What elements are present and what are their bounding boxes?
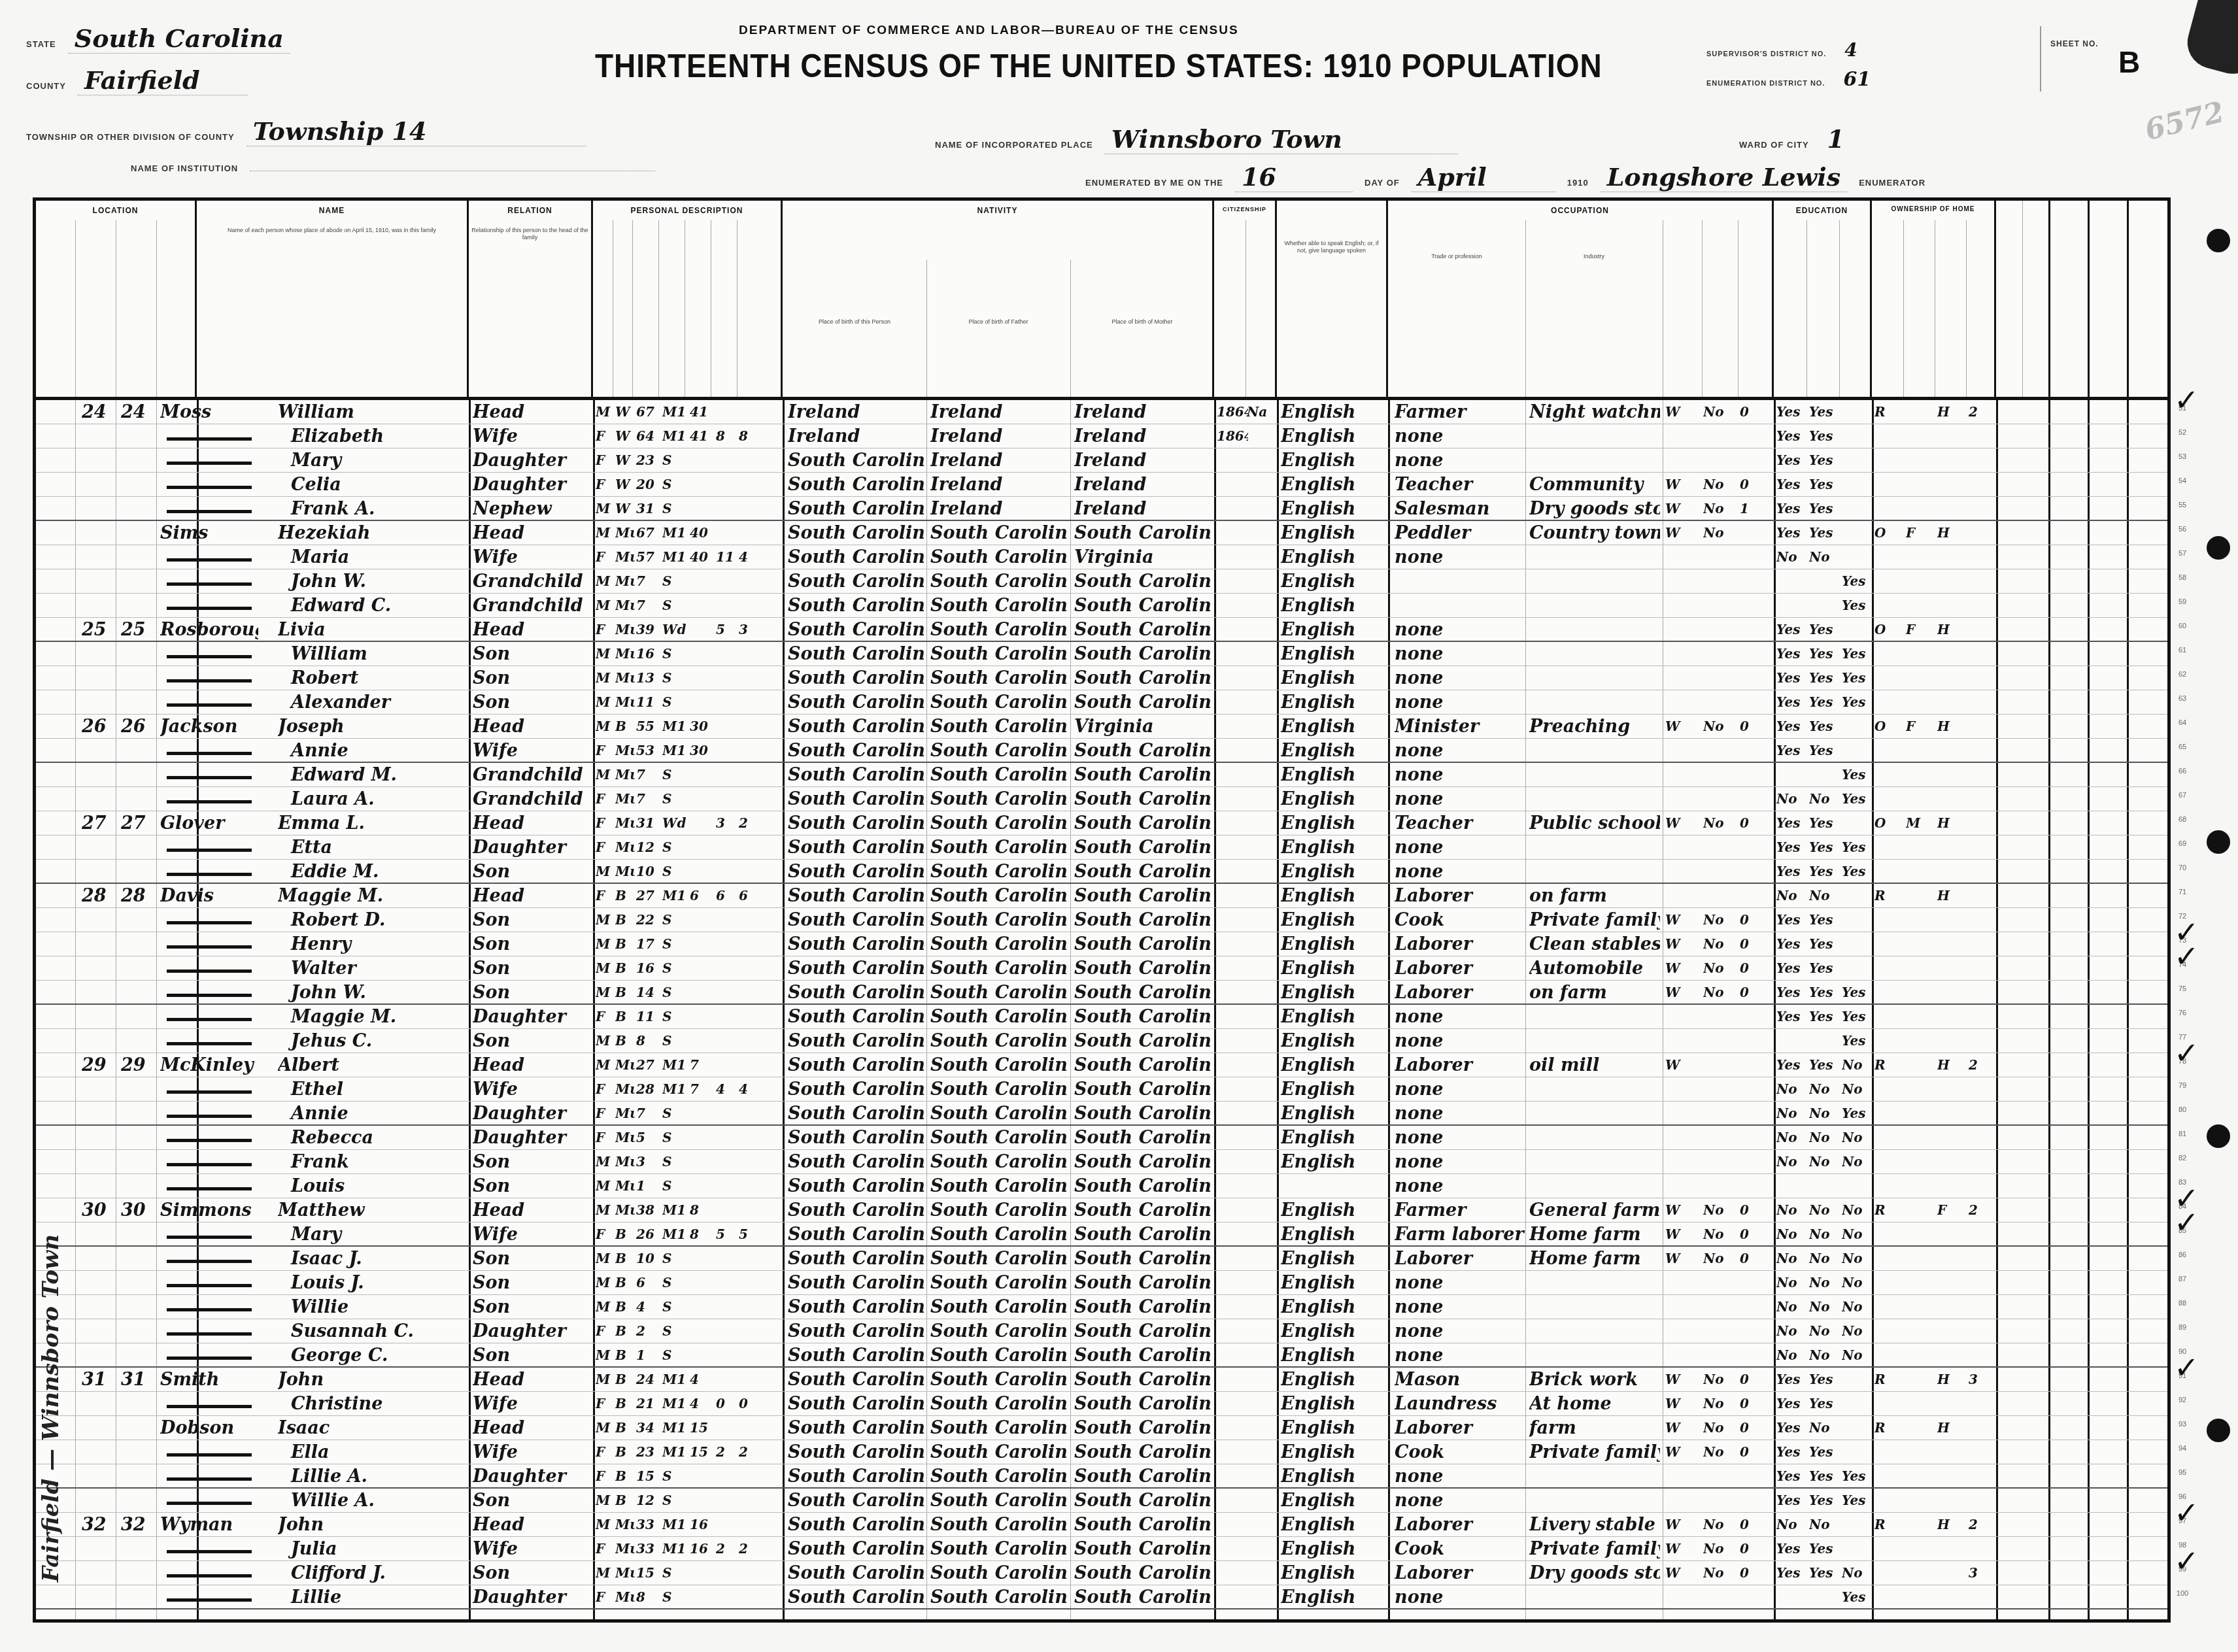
can-write-cell (1809, 1585, 1840, 1610)
weeks-unemployed-cell: 0 (1740, 908, 1772, 932)
marital-status-cell: M1 (662, 1222, 690, 1247)
can-write-cell: Yes (1809, 1464, 1840, 1489)
owned-rented-cell (1874, 1489, 1903, 1513)
given-name-cell: William (278, 400, 461, 424)
employment-class-cell (1665, 1489, 1702, 1513)
surname-cell (160, 1150, 258, 1174)
children-living-cell (739, 521, 760, 545)
children-born-cell: 5 (716, 618, 737, 642)
attended-school-cell: Yes (1842, 1029, 1871, 1053)
race-cell: Mu (615, 1537, 635, 1561)
attended-school-cell: Yes (1842, 1005, 1871, 1029)
same-surname-dash (167, 1308, 252, 1311)
department-heading: DEPARTMENT OF COMMERCE AND LABOR—BUREAU … (739, 24, 1239, 38)
weeks-unemployed-cell: 0 (1740, 811, 1772, 835)
naturalization-cell (1247, 1150, 1276, 1174)
can-read-cell: No (1776, 1319, 1808, 1343)
years-married-cell: 8 (690, 1198, 716, 1222)
mother-birthplace-cell: Ireland (1074, 424, 1212, 448)
naturalization-cell (1247, 1005, 1276, 1029)
children-born-cell (716, 1343, 737, 1368)
industry-cell (1529, 1271, 1660, 1295)
farm-house-cell (1937, 569, 1966, 594)
employment-class-cell (1665, 884, 1702, 908)
age-cell: 15 (636, 1464, 662, 1489)
children-born-cell (716, 1150, 737, 1174)
family-number-cell (121, 569, 154, 594)
attended-school-cell (1842, 448, 1871, 473)
owned-rented-cell: O (1874, 715, 1903, 739)
language-cell: English (1281, 545, 1385, 569)
relation-cell: Son (473, 1247, 590, 1271)
census-title: THIRTEENTH CENSUS OF THE UNITED STATES: … (595, 47, 1602, 85)
farm-house-cell: H (1937, 884, 1966, 908)
out-of-work-cell (1703, 642, 1738, 666)
marital-status-cell: S (662, 1126, 690, 1150)
language-cell: English (1281, 1222, 1385, 1247)
industry-cell: At home (1529, 1392, 1660, 1416)
children-living-cell: 6 (739, 884, 760, 908)
years-married-cell (690, 932, 716, 956)
family-number-cell (121, 787, 154, 811)
dwelling-number-cell: 31 (82, 1368, 114, 1392)
immigration-year-cell (1217, 545, 1248, 569)
sex-cell: M (596, 956, 613, 981)
father-birthplace-cell: South Carolina (930, 1102, 1068, 1126)
mother-birthplace-cell: Virginia (1074, 715, 1212, 739)
can-write-cell: Yes (1809, 1368, 1840, 1392)
trade-cell: none (1395, 1271, 1525, 1295)
age-cell: 12 (636, 1489, 662, 1513)
attended-school-cell: No (1842, 1561, 1871, 1585)
line-number: 88 (2169, 1292, 2196, 1316)
employment-class-cell: W (1665, 932, 1702, 956)
table-row: EllaWifeFB23M11522South CarolinaSouth Ca… (36, 1440, 2167, 1464)
sex-cell: M (596, 666, 613, 690)
age-cell: 57 (636, 545, 662, 569)
same-surname-dash (167, 437, 252, 441)
father-birthplace-cell: South Carolina (930, 1464, 1068, 1489)
years-married-cell (690, 763, 716, 787)
relation-cell: Nephew (473, 497, 590, 521)
children-living-cell (739, 1198, 760, 1222)
farm-house-cell (1937, 1464, 1966, 1489)
owned-rented-cell (1874, 860, 1903, 884)
marital-status-cell: M1 (662, 545, 690, 569)
same-surname-dash (167, 921, 252, 924)
marital-status-cell: S (662, 1561, 690, 1585)
marital-status-cell: M1 (662, 739, 690, 763)
birthplace-cell: South Carolina (788, 908, 925, 932)
family-number-cell (121, 1295, 154, 1319)
naturalization-cell (1247, 1295, 1276, 1319)
marital-status-cell: M1 (662, 715, 690, 739)
weeks-unemployed-cell: 1 (1740, 497, 1772, 521)
sex-cell: M (596, 497, 613, 521)
employment-class-cell (1665, 569, 1702, 594)
immigration-year-cell (1217, 1271, 1248, 1295)
trade-cell: Salesman (1395, 497, 1525, 521)
relation-cell: Daughter (473, 1005, 590, 1029)
father-birthplace-cell: South Carolina (930, 739, 1068, 763)
sex-cell: M (596, 860, 613, 884)
birthplace-cell: South Carolina (788, 1537, 925, 1561)
farm-schedule-cell (1969, 1343, 1995, 1368)
farm-house-cell (1937, 473, 1966, 497)
given-name-cell: Isaac J. (278, 1247, 474, 1271)
birthplace-cell: South Carolina (788, 1150, 925, 1174)
farm-house-cell (1937, 1489, 1966, 1513)
sex-cell: F (596, 1537, 613, 1561)
immigration-year-cell (1217, 1368, 1248, 1392)
industry-cell: on farm (1529, 884, 1660, 908)
farm-schedule-cell (1969, 1150, 1995, 1174)
relation-cell: Son (473, 1561, 590, 1585)
table-row: Jehus C.SonMB8SSouth CarolinaSouth Carol… (36, 1029, 2167, 1053)
race-cell: Mu (615, 1513, 635, 1537)
can-write-cell: Yes (1809, 835, 1840, 860)
immigration-year-cell: 1864 (1217, 400, 1248, 424)
trade-cell: none (1395, 642, 1525, 666)
industry-cell: Clean stables (1529, 932, 1660, 956)
surname-cell (160, 497, 258, 521)
employment-class-cell: W (1665, 1537, 1702, 1561)
father-birthplace-cell: South Carolina (930, 884, 1068, 908)
language-cell: English (1281, 1440, 1385, 1464)
table-row: Louis J.SonMB6SSouth CarolinaSouth Carol… (36, 1271, 2167, 1295)
race-cell: Mu (615, 618, 635, 642)
farm-house-cell (1937, 1392, 1966, 1416)
dwelling-number-cell (82, 1416, 114, 1440)
farm-house-cell: H (1937, 1368, 1966, 1392)
family-number-cell (121, 1319, 154, 1343)
immigration-year-cell (1217, 884, 1248, 908)
given-name-cell: Laura A. (278, 787, 474, 811)
race-cell: B (615, 1343, 635, 1368)
trade-cell: Mason (1395, 1368, 1525, 1392)
out-of-work-cell (1703, 1343, 1738, 1368)
attended-school-cell: Yes (1842, 690, 1871, 715)
surname-cell (160, 1102, 258, 1126)
owned-rented-cell (1874, 1005, 1903, 1029)
page-corner-shadow (2182, 0, 2238, 80)
can-write-cell: Yes (1809, 1053, 1840, 1077)
out-of-work-cell (1703, 1585, 1738, 1610)
line-number: 92 (2169, 1389, 2196, 1413)
farm-schedule-cell (1969, 1295, 1995, 1319)
immigration-year-cell (1217, 618, 1248, 642)
trade-cell: none (1395, 1585, 1525, 1610)
table-row: LillieDaughterFMu8SSouth CarolinaSouth C… (36, 1585, 2167, 1610)
weeks-unemployed-cell (1740, 521, 1772, 545)
race-cell: Mu (615, 811, 635, 835)
trade-cell: Cook (1395, 1440, 1525, 1464)
father-birthplace-cell: South Carolina (930, 1368, 1068, 1392)
relation-cell: Grandchild (473, 569, 590, 594)
weeks-unemployed-cell: 0 (1740, 1561, 1772, 1585)
industry-cell: Dry goods store (1529, 497, 1660, 521)
family-number-cell (121, 860, 154, 884)
mother-birthplace-cell: South Carolina (1074, 1464, 1212, 1489)
age-cell: 31 (636, 497, 662, 521)
can-write-cell: Yes (1809, 860, 1840, 884)
race-cell: B (615, 1440, 635, 1464)
out-of-work-cell: No (1703, 1561, 1738, 1585)
farm-house-cell (1937, 1537, 1966, 1561)
can-read-cell (1776, 569, 1808, 594)
out-of-work-cell: No (1703, 908, 1738, 932)
farm-schedule-cell (1969, 739, 1995, 763)
sex-cell: M (596, 1053, 613, 1077)
trade-cell: none (1395, 690, 1525, 715)
marital-status-cell: Wd (662, 811, 690, 835)
table-row: LouisSonMMu1SSouth CarolinaSouth Carolin… (36, 1174, 2167, 1198)
farm-schedule-cell (1969, 981, 1995, 1005)
out-of-work-cell (1703, 739, 1738, 763)
family-number-cell (121, 981, 154, 1005)
table-row: 2828DavisMaggie M.HeadFB27M1666South Car… (36, 884, 2167, 908)
farm-schedule-cell (1969, 835, 1995, 860)
line-number: 66 (2169, 760, 2196, 784)
family-number-cell: 32 (121, 1513, 154, 1537)
can-read-cell: Yes (1776, 424, 1808, 448)
immigration-year-cell (1217, 1416, 1248, 1440)
father-birthplace-cell: Ireland (930, 448, 1068, 473)
dwelling-number-cell (82, 932, 114, 956)
immigration-year-cell (1217, 1029, 1248, 1053)
weeks-unemployed-cell (1740, 594, 1772, 618)
dwelling-number-cell (82, 981, 114, 1005)
race-cell: B (615, 1295, 635, 1319)
same-surname-dash (167, 1042, 252, 1045)
out-of-work-cell (1703, 884, 1738, 908)
can-read-cell: Yes (1776, 690, 1808, 715)
children-living-cell (739, 1585, 760, 1610)
industry-cell (1529, 690, 1660, 715)
language-cell: English (1281, 787, 1385, 811)
industry-cell (1529, 1343, 1660, 1368)
employment-class-cell: W (1665, 715, 1702, 739)
group-ownership: OWNERSHIP OF HOME (1872, 201, 1996, 397)
age-cell: 31 (636, 811, 662, 835)
same-surname-dash (167, 1502, 252, 1505)
can-write-cell (1809, 1174, 1840, 1198)
employment-class-cell (1665, 1126, 1702, 1150)
dwelling-number-cell (82, 1029, 114, 1053)
children-living-cell (739, 473, 760, 497)
years-married-cell: 41 (690, 400, 716, 424)
farm-house-cell (1937, 1102, 1966, 1126)
can-read-cell: Yes (1776, 400, 1808, 424)
owned-rented-cell (1874, 1319, 1903, 1343)
children-born-cell (716, 1561, 737, 1585)
same-surname-dash (167, 1405, 252, 1408)
attended-school-cell: Yes (1842, 860, 1871, 884)
attended-school-cell (1842, 1368, 1871, 1392)
race-cell: B (615, 908, 635, 932)
industry-cell (1529, 739, 1660, 763)
can-read-cell: No (1776, 545, 1808, 569)
farm-house-cell (1937, 1150, 1966, 1174)
language-cell: English (1281, 1029, 1385, 1053)
weeks-unemployed-cell: 0 (1740, 473, 1772, 497)
father-birthplace-cell: South Carolina (930, 545, 1068, 569)
table-row: 3232WymanJohnHeadMMu33M116South Carolina… (36, 1513, 2167, 1537)
farm-house-cell: H (1937, 1513, 1966, 1537)
weeks-unemployed-cell (1740, 690, 1772, 715)
trade-cell: none (1395, 1319, 1525, 1343)
checkmark-icon: ✓ (2174, 1495, 2199, 1530)
checkmark-icon: ✓ (2174, 1350, 2199, 1385)
surname-cell (160, 1561, 258, 1585)
children-born-cell (716, 1053, 737, 1077)
sex-cell: F (596, 473, 613, 497)
same-surname-dash (167, 679, 252, 683)
children-born-cell: 6 (716, 884, 737, 908)
sex-cell: F (596, 1319, 613, 1343)
table-row: Robert D.SonMB22SSouth CarolinaSouth Car… (36, 908, 2167, 932)
trade-cell: none (1395, 1343, 1525, 1368)
age-cell: 7 (636, 763, 662, 787)
attended-school-cell: No (1842, 1271, 1871, 1295)
age-cell: 13 (636, 666, 662, 690)
punch-hole (2207, 536, 2230, 560)
immigration-year-cell (1217, 1295, 1248, 1319)
trade-cell: Laborer (1395, 981, 1525, 1005)
can-write-cell: No (1809, 545, 1840, 569)
marital-status-cell: M1 (662, 1513, 690, 1537)
birthplace-cell: South Carolina (788, 1126, 925, 1150)
weeks-unemployed-cell: 0 (1740, 1416, 1772, 1440)
sheet-number: B (2118, 44, 2140, 80)
mother-birthplace-cell: Ireland (1074, 448, 1212, 473)
naturalization-cell (1247, 1271, 1276, 1295)
surname-cell (160, 932, 258, 956)
employment-class-cell (1665, 690, 1702, 715)
can-write-cell: Yes (1809, 618, 1840, 642)
enumerated-label: Enumerated by me on the (1085, 178, 1223, 188)
sex-cell: M (596, 690, 613, 715)
age-cell: 8 (636, 1029, 662, 1053)
children-born-cell (716, 1368, 737, 1392)
birthplace-cell: South Carolina (788, 1174, 925, 1198)
incorporated-place-field: Name of incorporated place Winnsboro Tow… (935, 124, 1458, 154)
children-living-cell (739, 1343, 760, 1368)
marital-status-cell: M1 (662, 1077, 690, 1102)
farm-schedule-cell (1969, 569, 1995, 594)
surname-cell (160, 763, 258, 787)
given-name-cell: Alexander (278, 690, 474, 715)
father-birthplace-cell: South Carolina (930, 787, 1068, 811)
industry-cell: General farm (1529, 1198, 1660, 1222)
relation-cell: Son (473, 932, 590, 956)
mother-birthplace-cell: South Carolina (1074, 1319, 1212, 1343)
owned-rented-cell (1874, 642, 1903, 666)
same-surname-dash (167, 1187, 252, 1190)
naturalization-cell (1247, 715, 1276, 739)
line-number: 81 (2169, 1122, 2196, 1147)
owned-rented-cell (1874, 690, 1903, 715)
family-number-cell (121, 1343, 154, 1368)
employment-class-cell (1665, 739, 1702, 763)
immigration-year-cell (1217, 763, 1248, 787)
race-cell: Mu (615, 545, 635, 569)
language-cell: English (1281, 835, 1385, 860)
population-schedule-table: LOCATION NAME Name of each person whose … (33, 197, 2171, 1623)
given-name-cell: Clifford J. (278, 1561, 474, 1585)
language-cell: English (1281, 1319, 1385, 1343)
immigration-year-cell: 1864 (1217, 424, 1248, 448)
family-number-cell (121, 1489, 154, 1513)
same-surname-dash (167, 1598, 252, 1602)
mother-birthplace-cell: South Carolina (1074, 739, 1212, 763)
sex-cell: F (596, 1126, 613, 1150)
language-cell: English (1281, 1561, 1385, 1585)
can-write-cell: No (1809, 1416, 1840, 1440)
trade-cell: Farm laborer (1395, 1222, 1525, 1247)
can-read-cell (1776, 594, 1808, 618)
farm-schedule-cell: 2 (1969, 1198, 1995, 1222)
children-living-cell (739, 1005, 760, 1029)
immigration-year-cell (1217, 1005, 1248, 1029)
attended-school-cell: Yes (1842, 594, 1871, 618)
ward-field: Ward of city 1 (1739, 124, 1873, 154)
family-number-cell (121, 521, 154, 545)
immigration-year-cell (1217, 811, 1248, 835)
relation-cell: Wife (473, 1440, 590, 1464)
sex-cell: M (596, 1513, 613, 1537)
sex-cell: M (596, 569, 613, 594)
father-birthplace-cell: South Carolina (930, 618, 1068, 642)
farm-house-cell (1937, 1440, 1966, 1464)
farm-house-cell (1937, 594, 1966, 618)
dwelling-number-cell (82, 1005, 114, 1029)
language-cell: English (1281, 448, 1385, 473)
given-name-cell: Louis J. (278, 1271, 474, 1295)
employment-class-cell (1665, 1029, 1702, 1053)
industry-cell: oil mill (1529, 1053, 1660, 1077)
children-living-cell (739, 400, 760, 424)
farm-schedule-cell (1969, 811, 1995, 835)
children-born-cell (716, 1247, 737, 1271)
naturalization-cell (1247, 618, 1276, 642)
family-number-cell (121, 835, 154, 860)
free-mortgaged-cell (1906, 884, 1935, 908)
relation-cell: Son (473, 642, 590, 666)
father-birthplace-cell: South Carolina (930, 956, 1068, 981)
years-married-cell (690, 497, 716, 521)
race-cell: Mu (615, 569, 635, 594)
birthplace-cell: South Carolina (788, 690, 925, 715)
owned-rented-cell (1874, 787, 1903, 811)
sex-cell: M (596, 763, 613, 787)
free-mortgaged-cell: F (1906, 521, 1935, 545)
free-mortgaged-cell (1906, 569, 1935, 594)
attended-school-cell (1842, 1537, 1871, 1561)
children-born-cell (716, 1198, 737, 1222)
relation-cell: Head (473, 1416, 590, 1440)
relation-cell: Son (473, 1174, 590, 1198)
surname-cell: Moss (160, 400, 258, 424)
race-cell: B (615, 1247, 635, 1271)
weeks-unemployed-cell: 0 (1740, 1392, 1772, 1416)
relation-cell: Head (473, 618, 590, 642)
father-birthplace-cell: South Carolina (930, 666, 1068, 690)
naturalization-cell: Na (1247, 400, 1276, 424)
sex-cell: F (596, 1222, 613, 1247)
naturalization-cell (1247, 1440, 1276, 1464)
can-read-cell: Yes (1776, 956, 1808, 981)
